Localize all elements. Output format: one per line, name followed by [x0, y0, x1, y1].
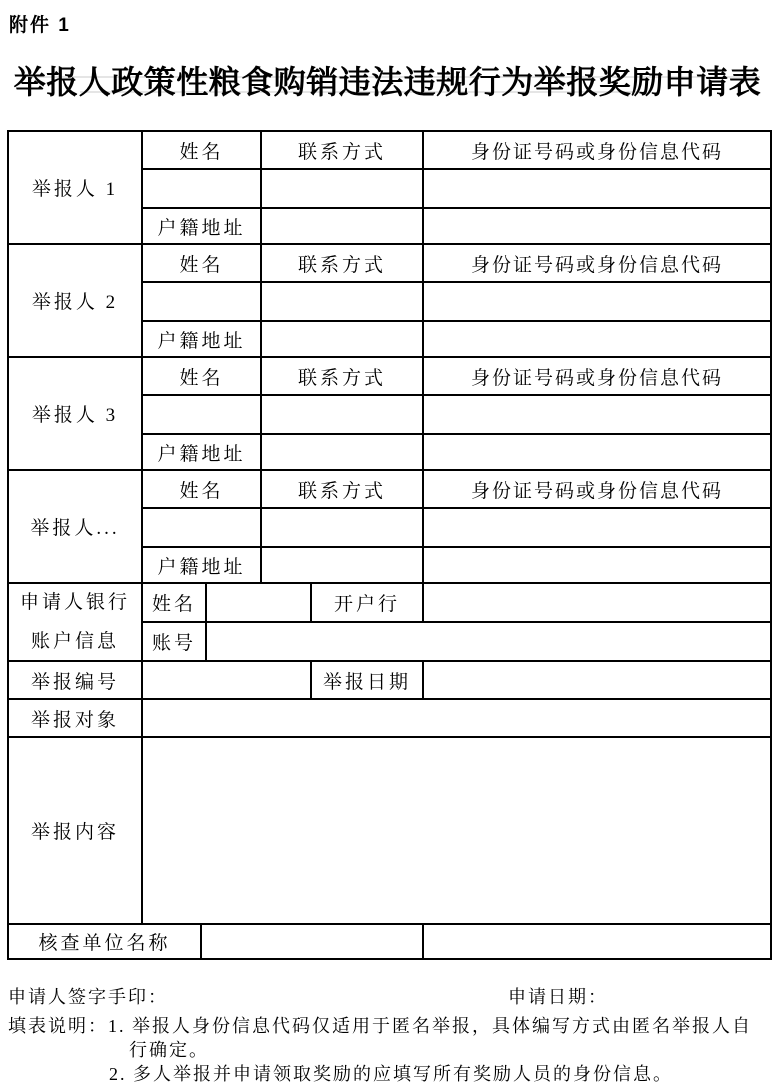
- notes-line1: 填表说明：1. 举报人身份信息代码仅适用于匿名举报，具体编写方式由匿名举报人自: [8, 1012, 752, 1038]
- signature-label: 申请人签字手印：: [8, 983, 168, 1009]
- application-form-table: 举报人 1 姓名 联系方式 身份证号码或身份信息代码 户籍地址 举报人 2 姓名…: [7, 130, 772, 960]
- reporter3-identity-blank-cell: [424, 396, 770, 435]
- reporter3-contact-blank-cell: [262, 396, 424, 435]
- report-target-blank-cell: [143, 700, 770, 738]
- report-content-blank-cell: [143, 738, 770, 925]
- bank-account-label: 账号: [143, 623, 207, 662]
- verify-unit-blank-cell: [202, 925, 424, 958]
- reporterN-address-blank-cell2: [424, 548, 770, 584]
- reporter3-identity-header: 身份证号码或身份信息代码: [424, 358, 770, 396]
- reporter1-name-blank-cell: [143, 170, 262, 209]
- reporterN-address-blank-cell: [262, 548, 424, 584]
- report-date-label: 举报日期: [312, 662, 424, 700]
- reporter2-contact-header: 联系方式: [262, 245, 424, 283]
- bank-branch-label: 开户行: [312, 584, 424, 623]
- reporterN-identity-header: 身份证号码或身份信息代码: [424, 471, 770, 509]
- reporter3-address-blank-cell2: [424, 435, 770, 471]
- reporter3-contact-header: 联系方式: [262, 358, 424, 396]
- reporter2-name-header: 姓名: [143, 245, 262, 283]
- notes-line3: 2. 多人举报并申请领取奖励的应填写所有奖励人员的身份信息。: [109, 1060, 673, 1086]
- bank-info-label-line1: 申请人银行: [20, 584, 130, 622]
- reporterN-contact-header: 联系方式: [262, 471, 424, 509]
- bank-branch-blank-cell: [424, 584, 770, 623]
- reporterN-name-header: 姓名: [143, 471, 262, 509]
- reporterN-label-cell: 举报人...: [9, 471, 143, 584]
- reporter3-name-blank-cell: [143, 396, 262, 435]
- reporter2-identity-blank-cell: [424, 283, 770, 322]
- apply-date-label: 申请日期：: [508, 983, 608, 1009]
- reporter2-address-blank-cell2: [424, 322, 770, 358]
- reporterN-identity-blank-cell: [424, 509, 770, 548]
- reporter1-address-blank-cell2: [424, 209, 770, 245]
- reporter3-name-header: 姓名: [143, 358, 262, 396]
- bank-name-label: 姓名: [143, 584, 207, 623]
- reporter2-name-blank-cell: [143, 283, 262, 322]
- reporterN-contact-blank-cell: [262, 509, 424, 548]
- reporter2-address-label: 户籍地址: [143, 322, 262, 358]
- reporter2-label-cell: 举报人 2: [9, 245, 143, 358]
- reporter2-address-blank-cell: [262, 322, 424, 358]
- reporter1-identity-header: 身份证号码或身份信息代码: [424, 132, 770, 170]
- bank-info-label-line2: 账户信息: [31, 622, 119, 661]
- bank-name-blank-cell: [207, 584, 312, 623]
- reporterN-address-label: 户籍地址: [143, 548, 262, 584]
- report-date-blank-cell: [424, 662, 770, 700]
- verify-unit-blank-cell2: [424, 925, 770, 958]
- reporter2-contact-blank-cell: [262, 283, 424, 322]
- report-target-label: 举报对象: [9, 700, 143, 738]
- bank-info-label-cell: 申请人银行 账户信息: [9, 584, 143, 662]
- report-number-label: 举报编号: [9, 662, 143, 700]
- note1-text: 1. 举报人身份信息代码仅适用于匿名举报，具体编写方式由匿名举报人自: [108, 1016, 752, 1036]
- report-number-blank-cell: [143, 662, 312, 700]
- reporter1-label-cell: 举报人 1: [9, 132, 143, 245]
- reporter3-address-label: 户籍地址: [143, 435, 262, 471]
- reporter2-identity-header: 身份证号码或身份信息代码: [424, 245, 770, 283]
- reporterN-name-blank-cell: [143, 509, 262, 548]
- bank-account-blank-cell: [207, 623, 770, 662]
- notes-line2: 行确定。: [129, 1036, 209, 1062]
- attachment-number-label: 附件 1: [9, 10, 71, 37]
- verify-unit-label: 核查单位名称: [9, 925, 202, 958]
- page-title: 举报人政策性粮食购销违法违规行为举报奖励申请表: [0, 57, 775, 103]
- reporter1-identity-blank-cell: [424, 170, 770, 209]
- reporter1-contact-blank-cell: [262, 170, 424, 209]
- reporter1-address-blank-cell: [262, 209, 424, 245]
- reporter1-address-label: 户籍地址: [143, 209, 262, 245]
- reporter3-label-cell: 举报人 3: [9, 358, 143, 471]
- reporter3-address-blank-cell: [262, 435, 424, 471]
- notes-title: 填表说明：: [8, 1016, 108, 1036]
- reporter1-contact-header: 联系方式: [262, 132, 424, 170]
- reporter1-name-header: 姓名: [143, 132, 262, 170]
- form-document-page: { "page": { "attachment": "附件 1", "title…: [0, 0, 775, 1088]
- report-content-label: 举报内容: [9, 738, 143, 925]
